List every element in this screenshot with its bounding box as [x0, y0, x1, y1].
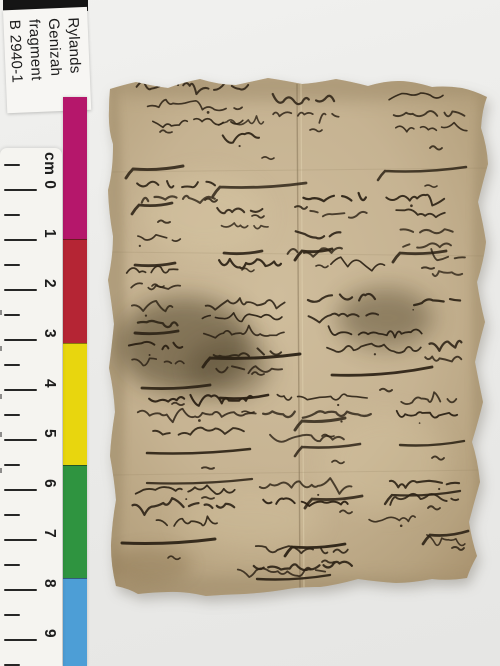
measurement-ruler: cm 0 123456789 — [0, 148, 62, 666]
color-patch-yellow — [63, 343, 87, 465]
ruler-tick-half — [4, 314, 20, 316]
ruler-tick-half — [4, 214, 20, 216]
ruler-tick-cm-2 — [4, 289, 37, 291]
ink-dot — [419, 422, 421, 424]
ruler-tick-cm-1 — [4, 239, 37, 241]
amount-mark — [292, 594, 304, 596]
ink-stain — [143, 173, 267, 257]
ruler-number: 1 — [40, 229, 58, 251]
ruler-tick-half — [4, 364, 20, 366]
ruler-number: 5 — [40, 429, 58, 451]
ruler-number: 8 — [40, 579, 58, 601]
ruler-number: 9 — [40, 629, 58, 651]
color-patch-green — [63, 465, 87, 578]
ruler-unit-label: cm 0 — [40, 152, 58, 202]
color-patch-red — [63, 239, 87, 343]
ink-dot — [340, 420, 342, 422]
ruler-edge-print — [0, 468, 2, 473]
ink-dot — [400, 524, 403, 527]
ruler-tick-half — [4, 614, 20, 616]
ruler-tick-cm-5 — [4, 439, 37, 441]
ruler-tick-half — [4, 564, 20, 566]
ink-dot — [145, 314, 147, 316]
ink-dot — [317, 494, 319, 496]
ruler-number: 6 — [40, 479, 58, 501]
photo-backdrop: { "label": { "lines": ["Rylands", "Geniz… — [0, 0, 500, 666]
ink-dot — [207, 111, 210, 114]
ruler-tick-cm-7 — [4, 539, 37, 541]
ink-dot — [239, 145, 241, 147]
ink-dot — [139, 245, 141, 247]
ruler-tick-cm-9 — [4, 639, 37, 641]
ink-dot — [149, 354, 151, 356]
shelfmark-line: fragment — [24, 19, 47, 113]
ruler-number: 7 — [40, 529, 58, 551]
ink-dot — [410, 204, 413, 207]
ink-dot — [198, 419, 201, 422]
ruler-tick-cm-6 — [4, 489, 37, 491]
ruler-edge-print — [0, 394, 2, 399]
ruler-number: 3 — [40, 329, 58, 351]
shelfmark-line: B 2940-1 — [4, 19, 27, 113]
ink-dot — [412, 309, 414, 311]
ruler-tick-cm-4 — [4, 389, 37, 391]
ink-dot — [374, 353, 376, 355]
ruler-edge-print — [0, 346, 2, 351]
ruler-edge-print — [0, 432, 2, 437]
color-calibration-bar — [63, 97, 87, 666]
ruler-tick-half — [4, 464, 20, 466]
ruler-number: 4 — [40, 379, 58, 401]
ruler-edge-print — [0, 310, 2, 315]
ink-stain — [323, 412, 447, 512]
ruler-tick-half — [4, 514, 20, 516]
ink-dot — [438, 488, 440, 490]
ruler-tick-half — [4, 414, 20, 416]
ink-dot — [337, 404, 339, 406]
ruler-number: 2 — [40, 279, 58, 301]
ruler-tick-cm-0 — [4, 189, 37, 191]
color-patch-magenta — [63, 97, 87, 239]
color-patch-blue — [63, 578, 87, 666]
ink-stain — [108, 547, 192, 583]
ruler-tick-cm-3 — [4, 339, 37, 341]
ink-stain — [472, 85, 494, 575]
ruler-tick-half — [4, 264, 20, 266]
ink-dot — [185, 498, 187, 500]
ruler-tick-cm-8 — [4, 589, 37, 591]
ruler-tick-half — [4, 164, 20, 166]
